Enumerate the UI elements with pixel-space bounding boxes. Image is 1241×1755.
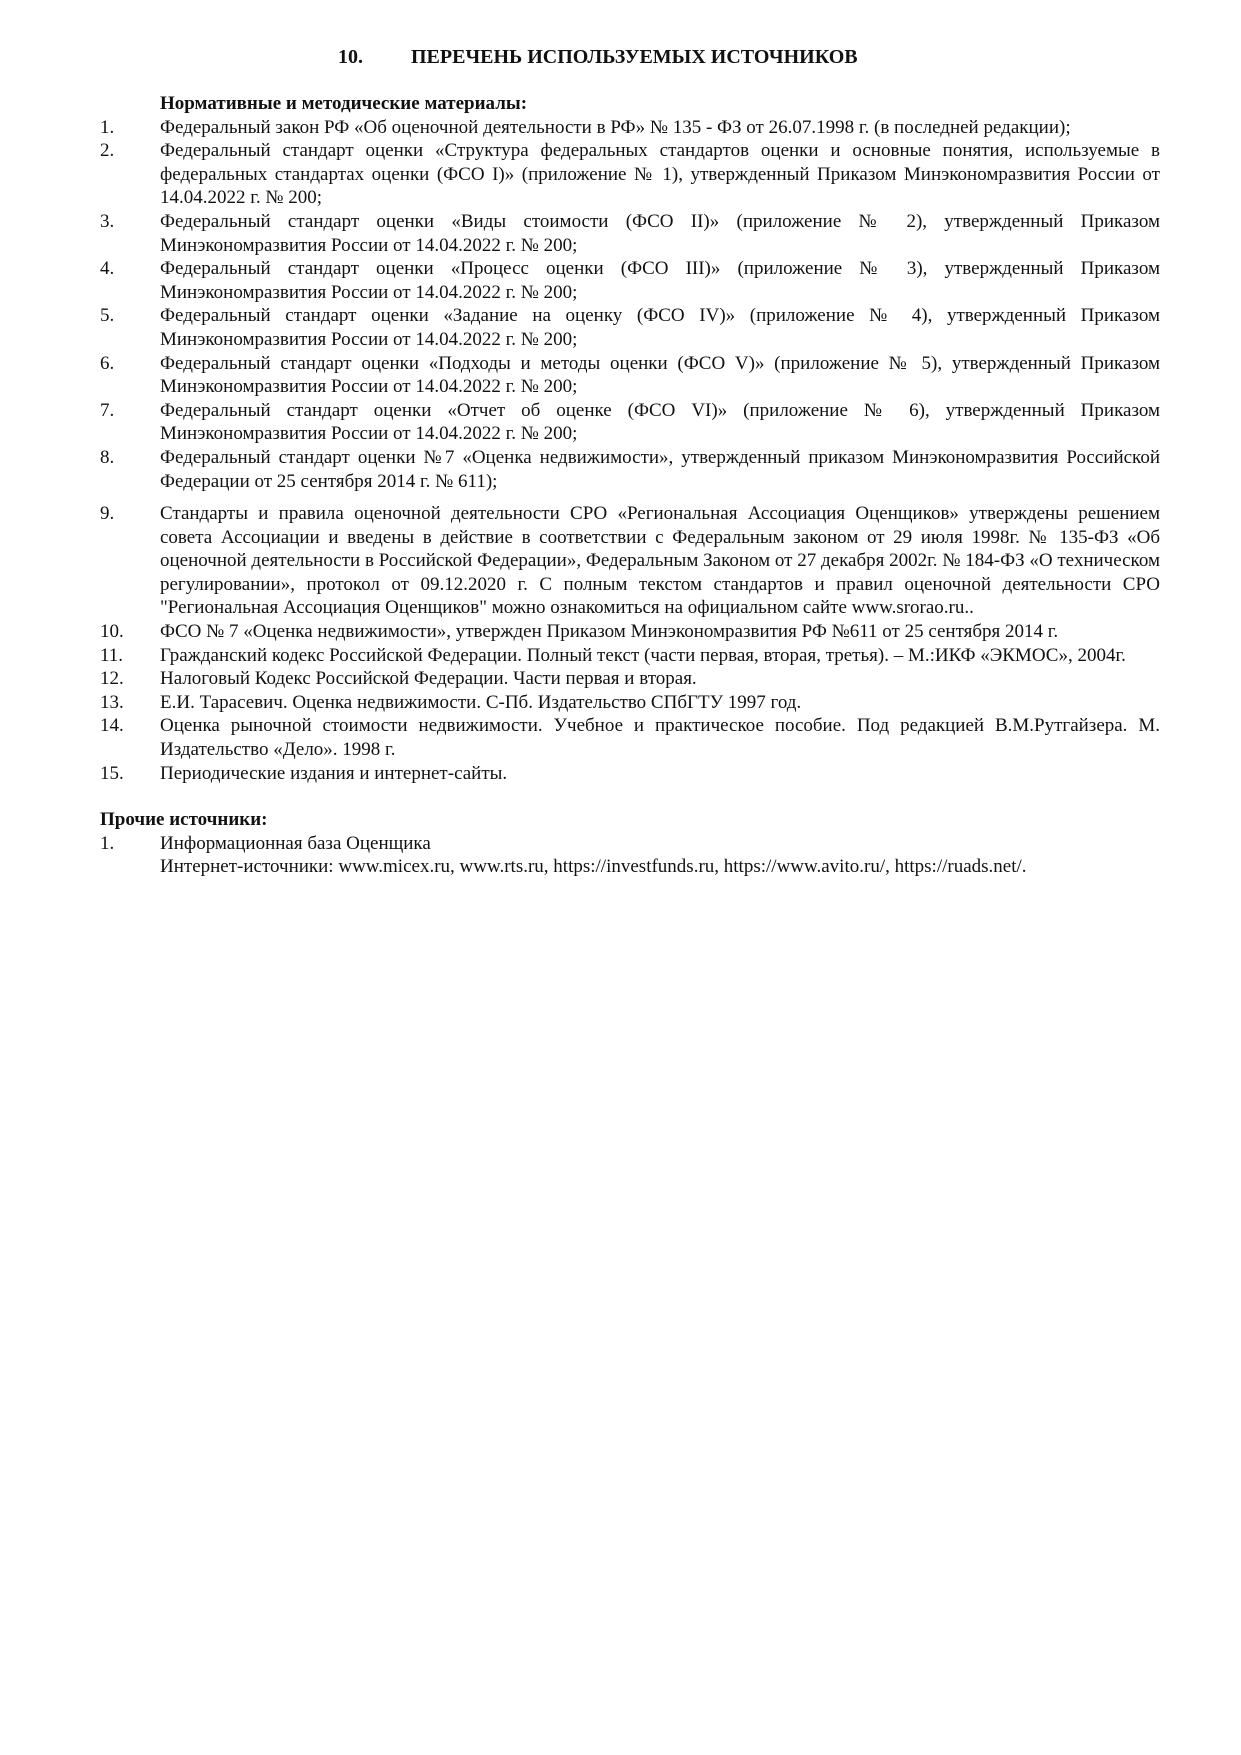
item-text: Стандарты и правила оценочной деятельнос…	[160, 503, 1160, 618]
item-number: 11.	[100, 644, 123, 668]
item-number: 1.	[100, 116, 114, 140]
list-item: 4.Федеральный стандарт оценки «Процесс о…	[100, 257, 1160, 304]
section-heading: ПЕРЕЧЕНЬ ИСПОЛЬЗУЕМЫХ ИСТОЧНИКОВ	[411, 45, 858, 69]
item-text: ФСО № 7 «Оценка недвижимости», утвержден…	[160, 621, 1058, 642]
item-text: Федеральный стандарт оценки «Подходы и м…	[160, 353, 1160, 398]
item-text: Периодические издания и интернет-сайты.	[160, 763, 507, 784]
item-number: 14.	[100, 714, 124, 738]
item-number: 6.	[100, 352, 114, 376]
list-item: 15.Периодические издания и интернет-сайт…	[100, 762, 1160, 786]
internet-link: www.micex.ru,	[338, 856, 454, 877]
list-item: 11.Гражданский кодекс Российской Федерац…	[100, 644, 1160, 668]
item-text: Е.И. Тарасевич. Оценка недвижимости. С-П…	[160, 692, 801, 713]
list-item: 13.Е.И. Тарасевич. Оценка недвижимости. …	[100, 691, 1160, 715]
list-item: 14.Оценка рыночной стоимости недвижимост…	[100, 714, 1160, 761]
item-text: Федеральный стандарт оценки «Виды стоимо…	[160, 211, 1160, 256]
item-number: 10.	[100, 620, 124, 644]
item-text: Информационная база Оценщика	[160, 833, 431, 854]
item-text: Гражданский кодекс Российской Федерации.…	[160, 645, 1126, 666]
internet-link: https://www.avito.ru/,	[724, 856, 890, 877]
item-text: Оценка рыночной стоимости недвижимости. …	[160, 715, 1160, 760]
list-item: 9.Стандарты и правила оценочной деятельн…	[100, 502, 1160, 620]
document-page: 10. ПЕРЕЧЕНЬ ИСПОЛЬЗУЕМЫХ ИСТОЧНИКОВ Нор…	[0, 0, 1241, 1755]
list-item: 3.Федеральный стандарт оценки «Виды стои…	[100, 210, 1160, 257]
list-item: 7.Федеральный стандарт оценки «Отчет об …	[100, 399, 1160, 446]
item-number: 13.	[100, 691, 124, 715]
item-number: 5.	[100, 304, 114, 328]
normative-list: 1.Федеральный закон РФ «Об оценочной дея…	[100, 116, 1160, 786]
list-item: 12.Налоговый Кодекс Российской Федерации…	[100, 667, 1160, 691]
list-item: 1.Информационная база Оценщика	[100, 832, 1160, 856]
item-number: 7.	[100, 399, 114, 423]
item-text: Налоговый Кодекс Российской Федерации. Ч…	[160, 668, 697, 689]
item-number: 2.	[100, 139, 114, 163]
document-body: Нормативные и методические материалы: 1.…	[100, 92, 1160, 879]
list-item: 2.Федеральный стандарт оценки «Структура…	[100, 139, 1160, 210]
list-item: 10.ФСО № 7 «Оценка недвижимости», утверж…	[100, 620, 1160, 644]
item-text: Федеральный стандарт оценки «Задание на …	[160, 305, 1160, 350]
item-number: 3.	[100, 210, 114, 234]
internet-label: Интернет-источники:	[160, 856, 334, 877]
internet-sources: Интернет-источники: www.micex.ru, www.rt…	[100, 855, 1160, 879]
list-item: 8.Федеральный стандарт оценки №7 «Оценка…	[100, 446, 1160, 493]
item-text: Федеральный стандарт оценки №7 «Оценка н…	[160, 447, 1160, 492]
list-item: 5.Федеральный стандарт оценки «Задание н…	[100, 304, 1160, 351]
other-sources-section: Прочие источники: 1.Информационная база …	[100, 808, 1160, 879]
internet-link: www.rts.ru,	[460, 856, 549, 877]
internet-link: https://investfunds.ru,	[553, 856, 719, 877]
other-heading: Прочие источники:	[100, 808, 1160, 832]
normative-heading: Нормативные и методические материалы:	[100, 92, 1160, 116]
item-number: 1.	[100, 832, 114, 856]
item-text: Федеральный стандарт оценки «Структура ф…	[160, 140, 1160, 208]
item-number: 8.	[100, 446, 114, 470]
item-text: Федеральный закон РФ «Об оценочной деяте…	[160, 117, 1071, 138]
section-number: 10.	[338, 45, 363, 69]
item-number: 9.	[100, 502, 114, 526]
internet-link: https://ruads.net/.	[895, 856, 1027, 877]
item-number: 4.	[100, 257, 114, 281]
list-item: 1.Федеральный закон РФ «Об оценочной дея…	[100, 116, 1160, 140]
item-text: Федеральный стандарт оценки «Процесс оце…	[160, 258, 1160, 303]
item-number: 15.	[100, 762, 124, 786]
other-list: 1.Информационная база Оценщика	[100, 832, 1160, 856]
item-number: 12.	[100, 667, 124, 691]
list-item: 6.Федеральный стандарт оценки «Подходы и…	[100, 352, 1160, 399]
item-text: Федеральный стандарт оценки «Отчет об оц…	[160, 400, 1160, 445]
